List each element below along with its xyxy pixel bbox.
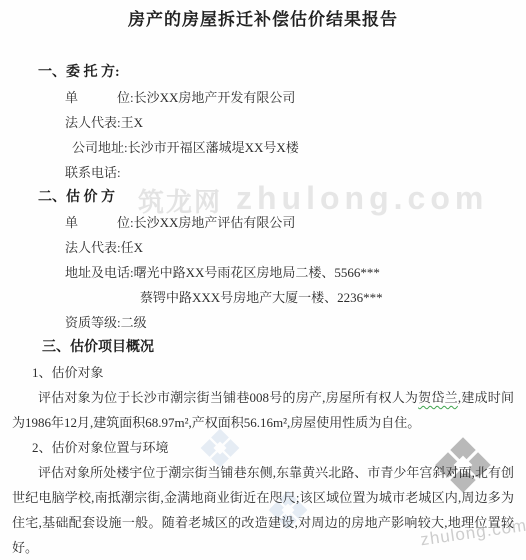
- section-heading-appraiser: 二、估 价 方: [38, 185, 514, 210]
- subheading-appraisal-object: 1、估价对象: [32, 360, 514, 385]
- document-content: 房产的房屋拆迁补偿估价结果报告 一、委 托 方: 单 位:长沙XX房地产开发有限…: [0, 0, 526, 560]
- client-legal-representative-line: 法人代表:王X: [65, 110, 514, 135]
- appraiser-address-phone-line-2: 蔡锷中路XXX号房地产大厦一楼、2236***: [140, 285, 514, 310]
- appraiser-legal-representative-line: 法人代表:任X: [65, 235, 514, 260]
- owner-name-spellcheck: 贺岱兰: [418, 390, 458, 405]
- document-page: 筑龙网 zhulong.com zhulong.com 房产的房屋拆迁补偿估价结…: [0, 0, 526, 560]
- paragraph-text: 评估对象为位于长沙市潮宗街当铺巷008号的房产,房屋所有权人为: [38, 390, 418, 405]
- paragraph-appraisal-object: 评估对象为位于长沙市潮宗街当铺巷008号的房产,房屋所有权人为贺岱兰,建成时间为…: [12, 385, 514, 435]
- client-unit-line: 单 位:长沙XX房地产开发有限公司: [65, 85, 514, 110]
- section-heading-client: 一、委 托 方:: [38, 60, 514, 85]
- section-heading-project-overview: 三、估价项目概况: [42, 335, 514, 360]
- client-contact-phone-line: 联系电话:: [65, 160, 514, 185]
- document-title: 房产的房屋拆迁补偿估价结果报告: [12, 0, 514, 33]
- subheading-location-environment: 2、估价对象位置与环境: [32, 435, 514, 460]
- client-company-address-line: 公司地址:长沙市开福区藩城堤XX号X楼: [72, 135, 514, 160]
- appraiser-unit-line: 单 位:长沙XX房地产评估有限公司: [65, 210, 514, 235]
- appraiser-qualification-grade-line: 资质等级:二级: [65, 310, 514, 335]
- paragraph-location-environment: 评估对象所处楼宇位于潮宗街当铺巷东侧,东靠黄兴北路、市青少年宫斜对面,北有创世纪…: [12, 460, 514, 560]
- appraiser-address-phone-line: 地址及电话:曙光中路XX号雨花区房地局二楼、5566***: [65, 260, 514, 285]
